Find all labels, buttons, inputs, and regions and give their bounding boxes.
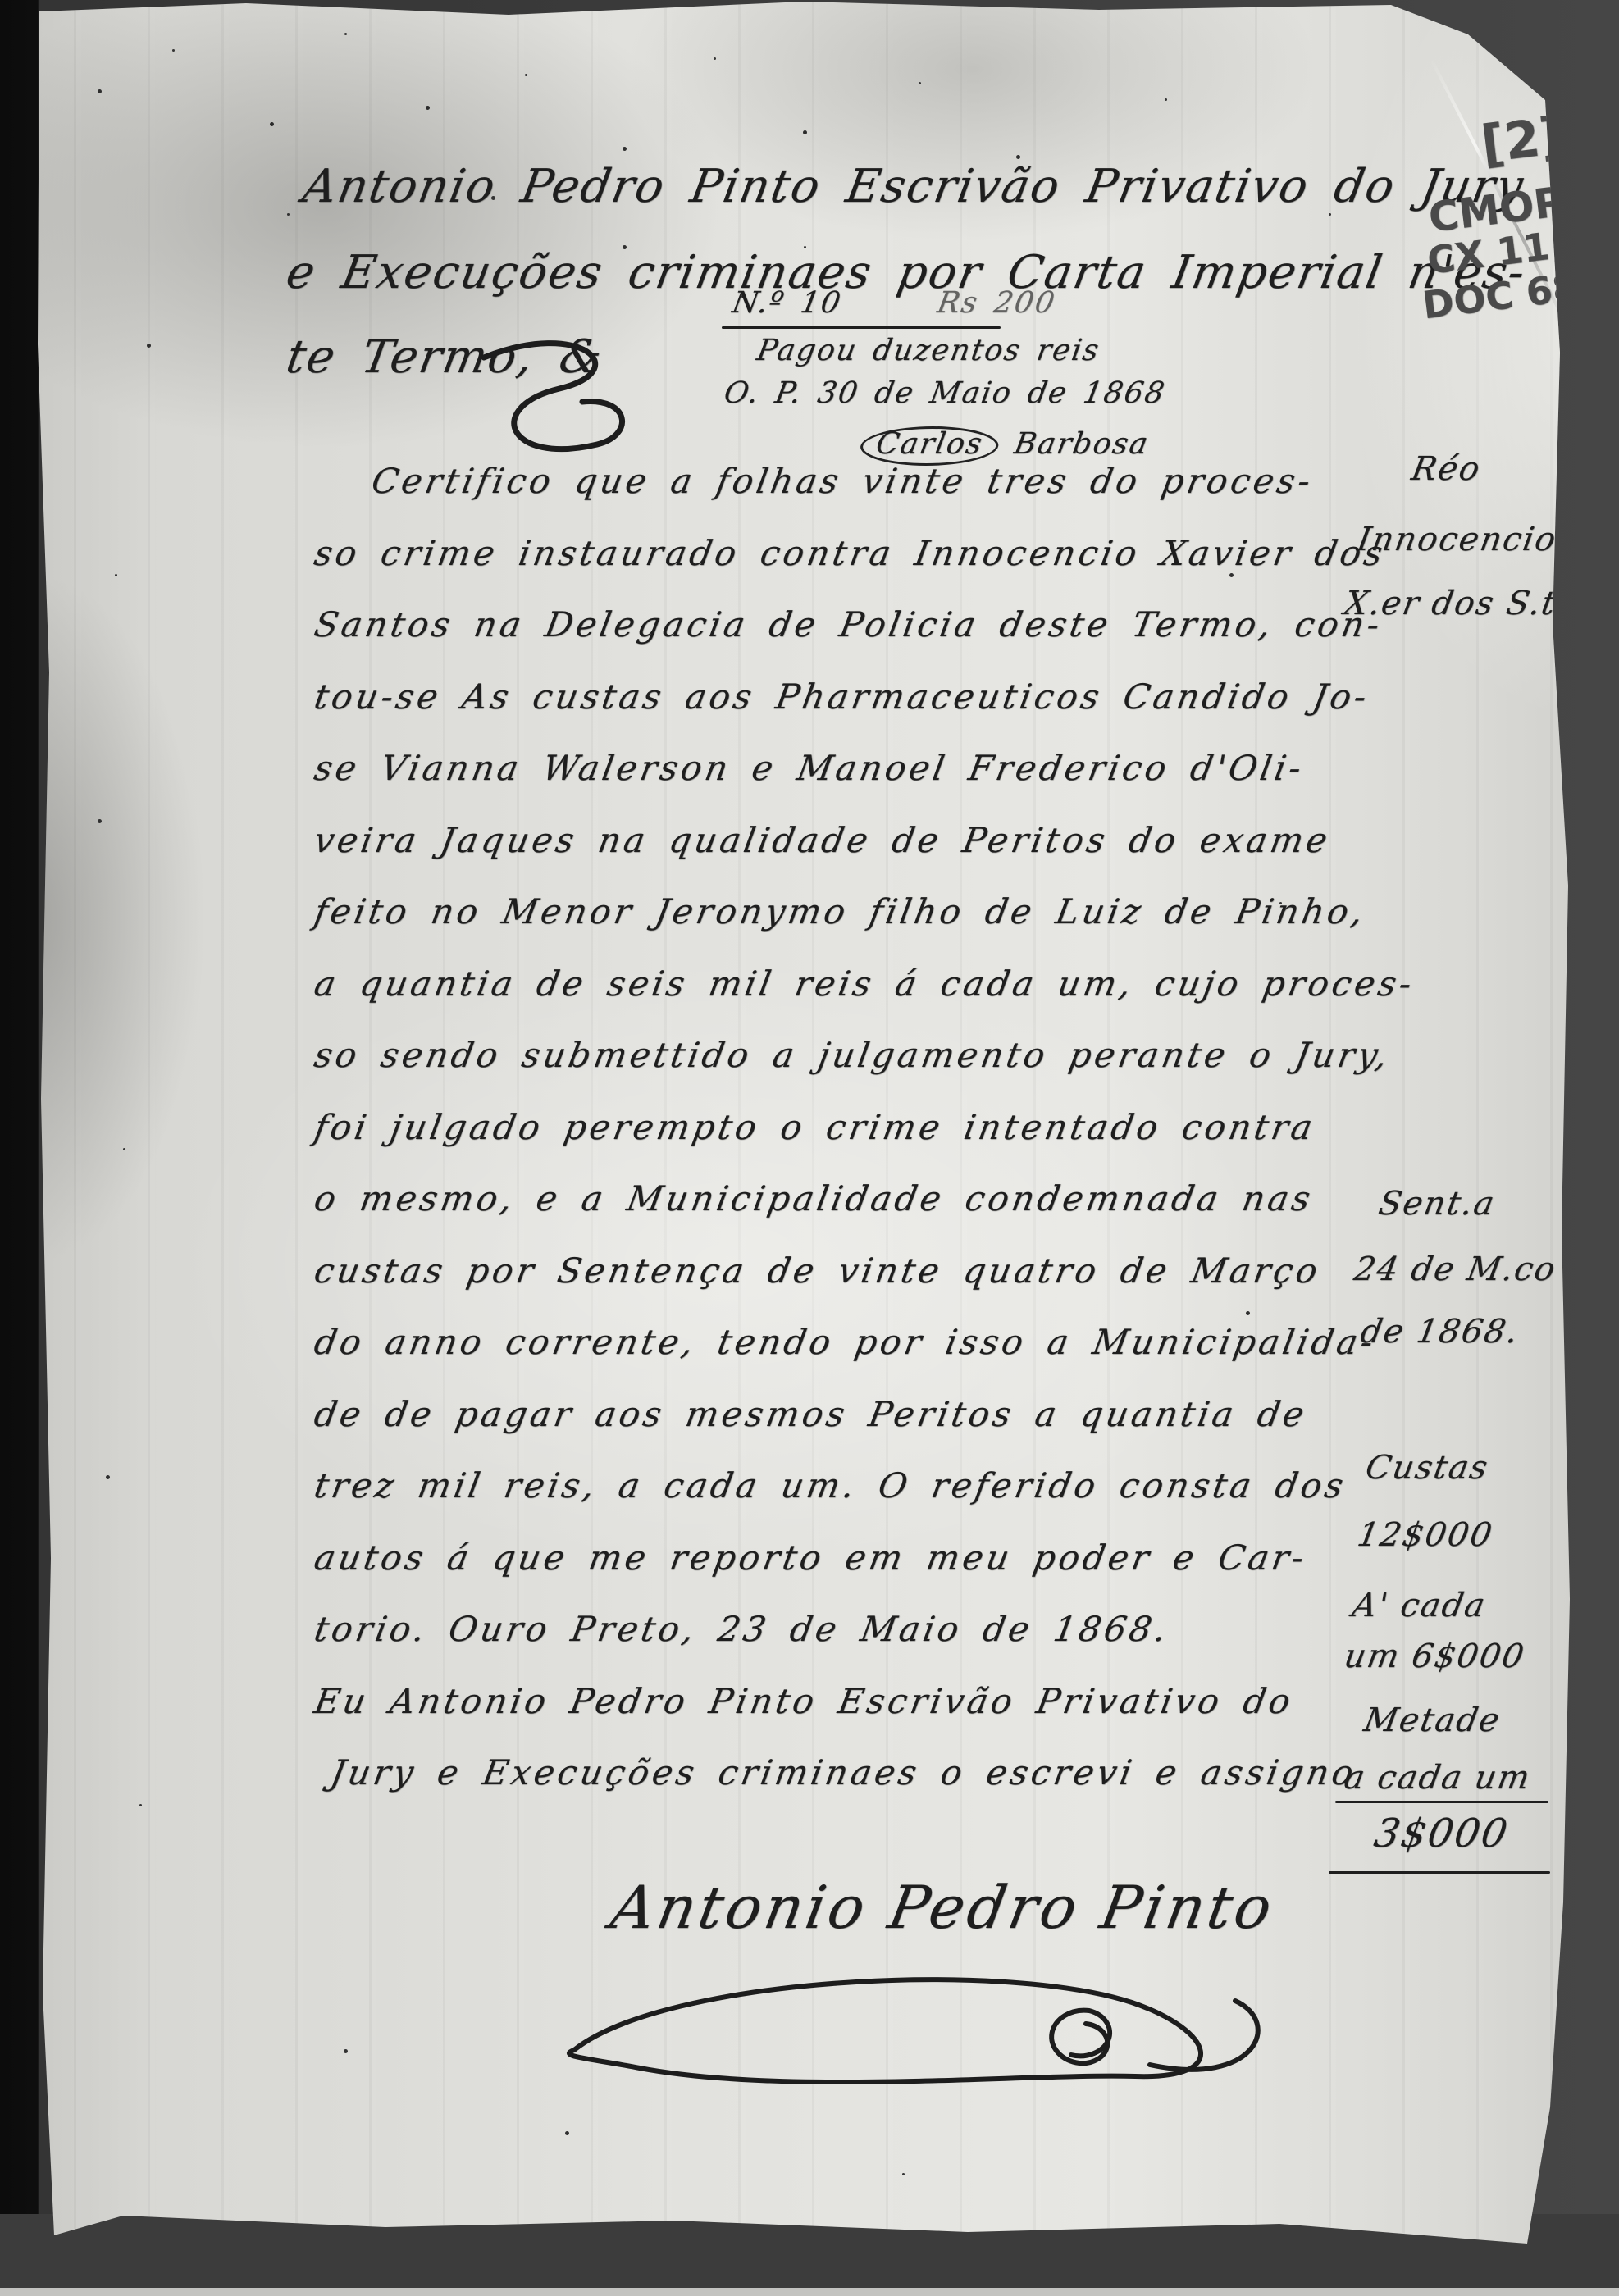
body-line: foi julgado perempto o crime intentado c… [312, 1110, 1318, 1145]
stamp-date-line: O. P. 30 de Maio de 1868 [722, 379, 1168, 408]
stamp-collector-first-name: Carlos [857, 426, 1001, 466]
body-line: veira Jaques na qualidade de Peritos do … [312, 823, 1333, 858]
manuscript-page: Antonio Pedro Pinto Escrivão Privativo d… [0, 0, 1619, 2296]
body-line: a quantia de seis mil reis á cada um, cu… [312, 967, 1417, 1001]
body-line: Certifico que a folhas vinte tres do pro… [369, 464, 1316, 499]
archive-page-number: [2] [1479, 110, 1567, 171]
header-paraph-flourish-icon [459, 328, 656, 476]
archive-collection-sub: 4 [1580, 194, 1603, 230]
margin-costs-rule-1 [1335, 1801, 1548, 1803]
body-line: o mesmo, e a Municipalidade condemnada n… [312, 1182, 1316, 1216]
header-line-1: Antonio Pedro Pinto Escrivão Privativo d… [299, 164, 1528, 210]
margin-costs-total: 12$000 [1355, 1519, 1496, 1551]
body-line: se Vianna Walerson e Manoel Frederico d'… [312, 751, 1307, 786]
stamp-value: Rs 200 [935, 289, 1058, 318]
body-line: Eu Antonio Pedro Pinto Escrivão Privativ… [312, 1684, 1296, 1719]
scanner-edge-strip [0, 2288, 1619, 2296]
margin-sentence-year: de 1868. [1358, 1315, 1522, 1348]
margin-costs-label: Custas [1363, 1451, 1491, 1484]
margin-reo-label: Réo [1409, 453, 1484, 485]
body-line: autos á que me reporto em meu poder e Ca… [312, 1541, 1310, 1575]
archive-collection-sup: 1 [1561, 177, 1581, 207]
margin-costs-each-1: A' cada [1350, 1589, 1489, 1622]
body-line: Jury e Execuções criminaes o escrevi e a… [328, 1756, 1359, 1790]
stamp-collector-last-name: Barbosa [1011, 427, 1152, 461]
margin-costs-half-1: Metade [1361, 1704, 1503, 1737]
body-line: custas por Sentença de vinte quatro de M… [312, 1254, 1323, 1288]
margin-sentence-label: Sent.a [1376, 1187, 1498, 1220]
stamp-paid-line: Pagou duzentos reis [755, 336, 1102, 366]
margin-costs-half-2: a cada um [1342, 1761, 1534, 1794]
body-line: so sendo submettido a julgamento perante… [312, 1038, 1393, 1073]
document-scan: Antonio Pedro Pinto Escrivão Privativo d… [0, 0, 1619, 2296]
stamp-number: N.º 10 [730, 289, 844, 318]
body-line: tou-se As custas aos Pharmaceuticos Cand… [312, 680, 1372, 714]
stamp-underline [722, 326, 1001, 329]
margin-costs-each-2: um 6$000 [1342, 1640, 1528, 1673]
body-line: de de pagar aos mesmos Peritos a quantia… [312, 1397, 1310, 1432]
body-line: Santos na Delegacia de Policia deste Ter… [312, 608, 1385, 642]
margin-reo-surname: X.er dos S.tos [1342, 587, 1599, 620]
header-line-2: e Execuções criminaes por Carta Imperial… [283, 250, 1530, 296]
body-line: torio. Ouro Preto, 23 de Maio de 1868. [312, 1612, 1172, 1647]
margin-costs-rule-2 [1329, 1871, 1550, 1874]
body-line: do anno corrente, tendo por isso a Munic… [312, 1325, 1379, 1360]
margin-sentence-date: 24 de M.co [1352, 1253, 1559, 1286]
body-line: trez mil reis, a cada um. O referido con… [312, 1469, 1349, 1503]
paper-speckles [0, 0, 2, 2]
margin-costs-half-value: 3$000 [1371, 1814, 1512, 1853]
margin-reo-name: Innocencio [1355, 523, 1560, 556]
stamp-collector-signature: Carlos Barbosa [857, 426, 1152, 466]
body-line: feito no Menor Jeronymo filho de Luiz de… [312, 895, 1369, 929]
body-line: so crime instaurado contra Innocencio Xa… [312, 536, 1389, 571]
signature-flourish-icon [541, 1927, 1296, 2099]
